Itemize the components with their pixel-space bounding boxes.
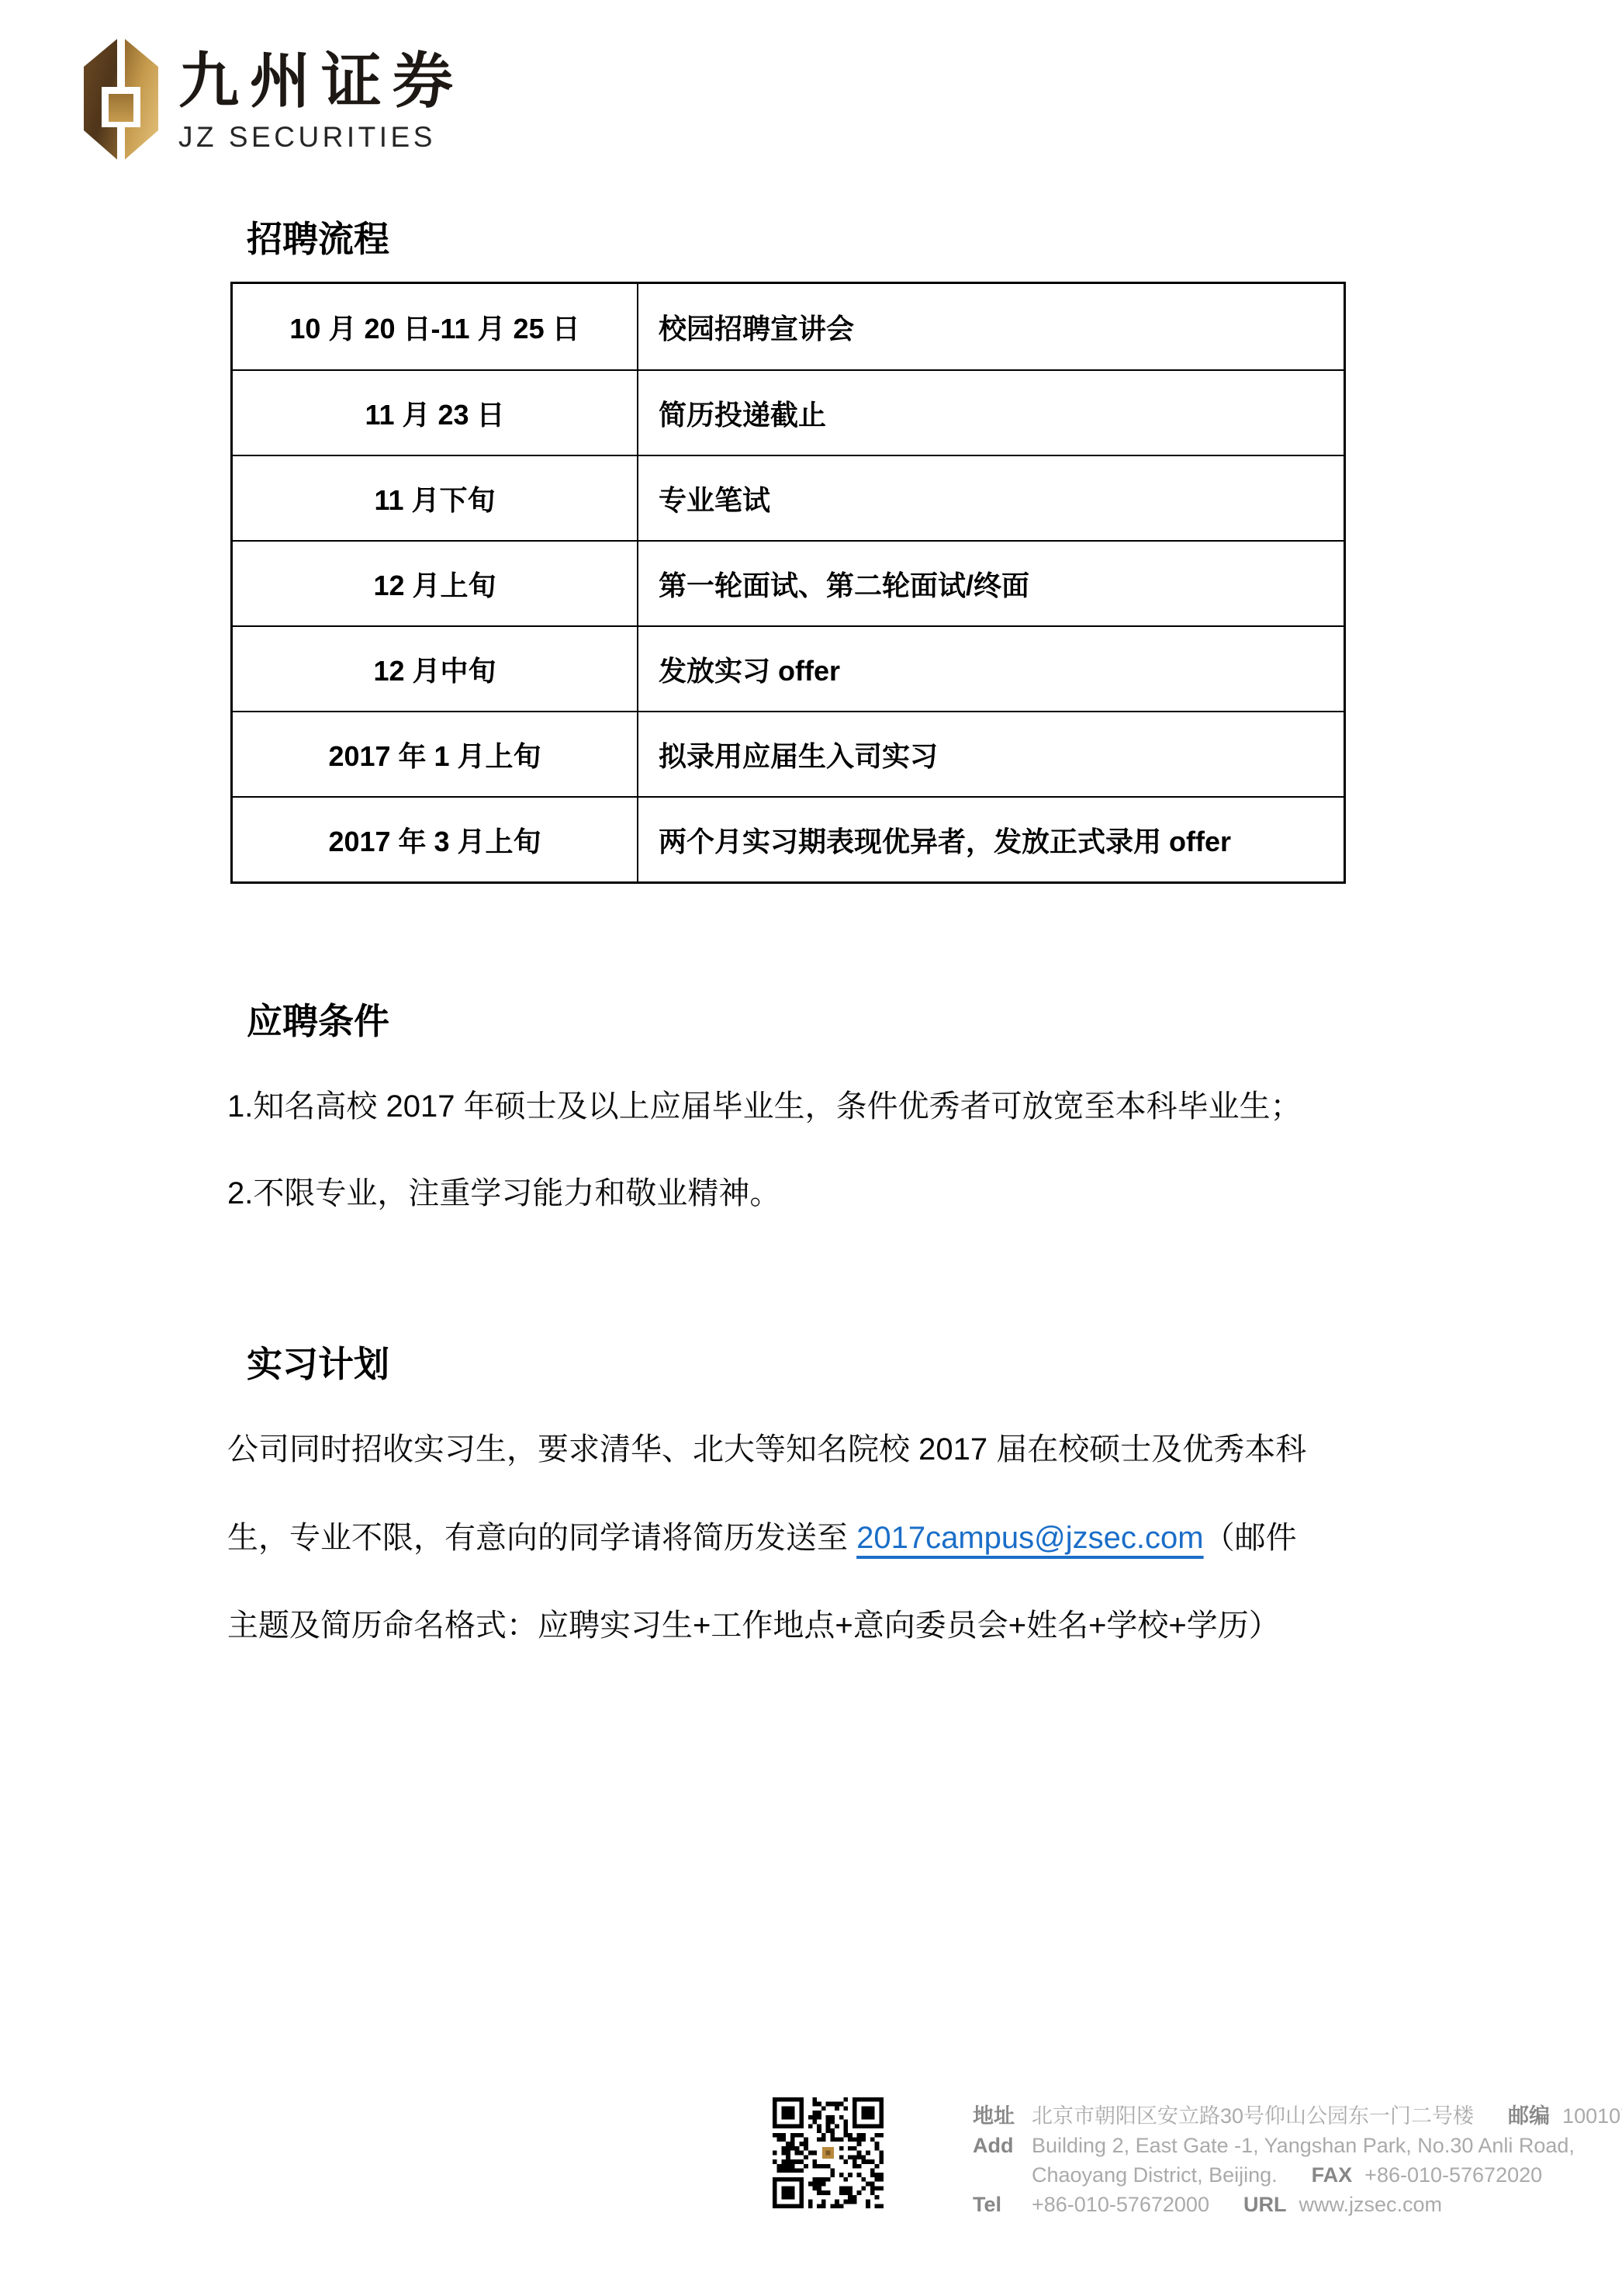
table-row: 11 月 23 日 简历投递截止 xyxy=(233,369,1344,455)
fax-value: +86-010-57672020 xyxy=(1364,2160,1542,2190)
url-label: URL xyxy=(1243,2190,1287,2219)
section-title-process: 招聘流程 xyxy=(247,211,389,262)
process-table: 10 月 20 日-11 月 25 日 校园招聘宣讲会 11 月 23 日 简历… xyxy=(230,282,1346,884)
table-cell-event: 简历投递截止 xyxy=(638,371,1344,455)
fax-label: FAX xyxy=(1312,2160,1353,2190)
logo-text: 九州证券 JZ SECURITIES xyxy=(178,33,464,154)
tel-value: +86-010-57672000 xyxy=(1032,2190,1209,2219)
url-value: www.jzsec.com xyxy=(1299,2190,1442,2219)
internship-line-2: 生，专业不限，有意向的同学请将简历发送至 2017campus@jzsec.co… xyxy=(227,1513,1297,1557)
requirement-item-1: 1.知名高校 2017 年硕士及以上应届毕业生，条件优秀者可放宽至本科毕业生； xyxy=(227,1082,1302,1126)
tel-label: Tel xyxy=(973,2190,1032,2219)
section-title-requirements: 应聘条件 xyxy=(247,993,389,1044)
internship-line-2-post: （邮件 xyxy=(1204,1521,1297,1555)
company-name-en: JZ SECURITIES xyxy=(178,121,464,154)
footer-line-address: 地址 北京市朝阳区安立路30号仰山公园东一门二号楼 邮编 100107 xyxy=(973,2101,1622,2131)
add-value-line1: Building 2, East Gate -1, Yangshan Park,… xyxy=(1032,2131,1575,2160)
table-cell-date: 11 月下旬 xyxy=(233,456,638,540)
table-cell-date: 11 月 23 日 xyxy=(233,371,638,455)
table-cell-date: 12 月中旬 xyxy=(233,627,638,711)
table-row: 12 月上旬 第一轮面试、第二轮面试/终面 xyxy=(233,540,1344,625)
internship-line-1: 公司同时招收实习生，要求清华、北大等知名院校 2017 届在校硕士及优秀本科 xyxy=(227,1425,1306,1469)
internship-line-2-pre: 生，专业不限，有意向的同学请将简历发送至 xyxy=(227,1521,856,1555)
table-cell-event: 第一轮面试、第二轮面试/终面 xyxy=(638,542,1344,625)
email-link[interactable]: 2017campus@jzsec.com xyxy=(856,1521,1203,1555)
table-row: 11 月下旬 专业笔试 xyxy=(233,455,1344,540)
internship-line-3: 主题及简历命名格式：应聘实习生+工作地点+意向委员会+姓名+学校+学历） xyxy=(227,1601,1280,1645)
document-page: 九州证券 JZ SECURITIES 招聘流程 10 月 20 日-11 月 2… xyxy=(0,0,1622,2296)
footer-line-add-en: Add Building 2, East Gate -1, Yangshan P… xyxy=(973,2131,1622,2160)
footer-line-tel: Tel +86-010-57672000 URL www.jzsec.com xyxy=(973,2190,1622,2219)
table-cell-event: 发放实习 offer xyxy=(638,627,1344,711)
table-row: 10 月 20 日-11 月 25 日 校园招聘宣讲会 xyxy=(233,284,1344,369)
table-row: 12 月中旬 发放实习 offer xyxy=(233,625,1344,711)
table-row: 2017 年 1 月上旬 拟录用应届生入司实习 xyxy=(233,711,1344,796)
table-cell-date: 12 月上旬 xyxy=(233,542,638,625)
table-cell-date: 2017 年 3 月上旬 xyxy=(233,798,638,881)
table-row: 2017 年 3 月上旬 两个月实习期表现优异者，发放正式录用 offer xyxy=(233,796,1344,881)
zip-value: 100107 xyxy=(1562,2101,1622,2131)
table-cell-event: 拟录用应届生入司实习 xyxy=(638,712,1344,796)
table-cell-date: 2017 年 1 月上旬 xyxy=(233,712,638,796)
table-cell-event: 校园招聘宣讲会 xyxy=(638,284,1344,369)
table-cell-event: 专业笔试 xyxy=(638,456,1344,540)
footer-line-add-en-2: Chaoyang District, Beijing. FAX +86-010-… xyxy=(973,2160,1622,2190)
jz-gold-cube-icon xyxy=(78,33,164,168)
address-label: 地址 xyxy=(973,2101,1032,2131)
qr-code xyxy=(773,2097,884,2208)
company-name-cn: 九州证券 xyxy=(178,51,464,112)
zip-label: 邮编 xyxy=(1508,2101,1550,2131)
add-label: Add xyxy=(973,2131,1032,2160)
table-cell-event: 两个月实习期表现优异者，发放正式录用 offer xyxy=(638,798,1344,881)
table-cell-date: 10 月 20 日-11 月 25 日 xyxy=(233,284,638,369)
address-value: 北京市朝阳区安立路30号仰山公园东一门二号楼 xyxy=(1032,2101,1474,2131)
requirement-item-2: 2.不限专业，注重学习能力和敬业精神。 xyxy=(227,1169,780,1213)
section-title-internship: 实习计划 xyxy=(247,1336,389,1387)
footer-contact-block: 地址 北京市朝阳区安立路30号仰山公园东一门二号楼 邮编 100107 Add … xyxy=(973,2101,1622,2219)
add-value-line2: Chaoyang District, Beijing. xyxy=(1032,2160,1278,2190)
company-logo: 九州证券 JZ SECURITIES xyxy=(78,33,464,168)
